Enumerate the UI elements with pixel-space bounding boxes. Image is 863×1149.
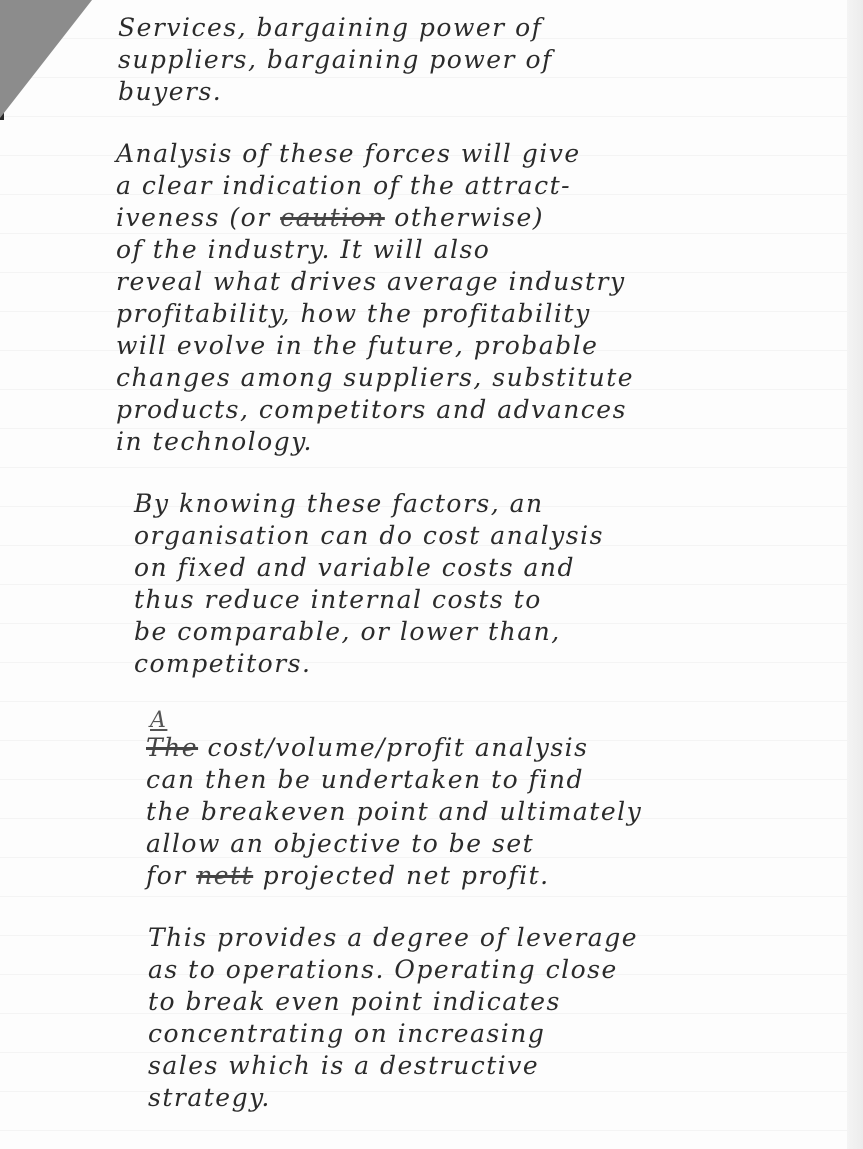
scanned-page: Services, bargaining power of suppliers,… [0,0,863,1149]
text-line: organisation can do cost analysis [134,520,832,552]
text-line: of the industry. It will also [116,234,832,266]
text-line: Services, bargaining power of [118,12,832,44]
text-line: By knowing these factors, an [134,488,832,520]
text-line: thus reduce internal costs to [134,584,832,616]
paragraph-cvp-analysis: A The cost/volume/profit analysis can th… [146,710,832,892]
text-line: reveal what drives average industry [116,266,832,298]
text-line: in technology. [116,426,832,458]
text-line: a clear indication of the attract- [116,170,832,202]
paragraph-analysis-of-forces: Analysis of these forces will give a cle… [116,138,832,458]
text-fragment: projected net profit. [253,861,549,890]
struck-word: The [146,733,198,762]
text-fragment: otherwise) [385,203,544,232]
text-line: The cost/volume/profit analysis [146,732,832,764]
text-line: Analysis of these forces will give [116,138,832,170]
text-line: the breakeven point and ultimately [146,796,832,828]
text-line: sales which is a destructive [148,1050,832,1082]
page-edge-shadow [847,0,863,1149]
folded-corner [0,0,92,118]
text-fragment: cost/volume/profit analysis [198,733,588,762]
paragraph-leverage: This provides a degree of leverage as to… [148,922,832,1114]
text-line: products, competitors and advances [116,394,832,426]
struck-word: nett [196,861,253,890]
text-line: be comparable, or lower than, [134,616,832,648]
text-line: changes among suppliers, substitute [116,362,832,394]
text-line: on fixed and variable costs and [134,552,832,584]
text-line: competitors. [134,648,832,680]
text-line: concentrating on increasing [148,1018,832,1050]
insertion-mark: A [150,710,832,732]
handwritten-text: Services, bargaining power of suppliers,… [112,12,832,1144]
text-line: will evolve in the future, probable [116,330,832,362]
text-line: strategy. [148,1082,832,1114]
text-line: iveness (or caution otherwise) [116,202,832,234]
text-line: to break even point indicates [148,986,832,1018]
paragraph-porter-forces-end: Services, bargaining power of suppliers,… [118,12,832,108]
text-line: for nett projected net profit. [146,860,832,892]
text-line: buyers. [118,76,832,108]
text-line: allow an objective to be set [146,828,832,860]
text-line: This provides a degree of leverage [148,922,832,954]
text-fragment: iveness (or [116,203,280,232]
text-line: can then be undertaken to find [146,764,832,796]
text-fragment: for [146,861,196,890]
text-line: as to operations. Operating close [148,954,832,986]
text-line: suppliers, bargaining power of [118,44,832,76]
struck-word: caution [280,203,385,232]
paragraph-knowing-factors: By knowing these factors, an organisatio… [134,488,832,680]
text-line: profitability, how the profitability [116,298,832,330]
